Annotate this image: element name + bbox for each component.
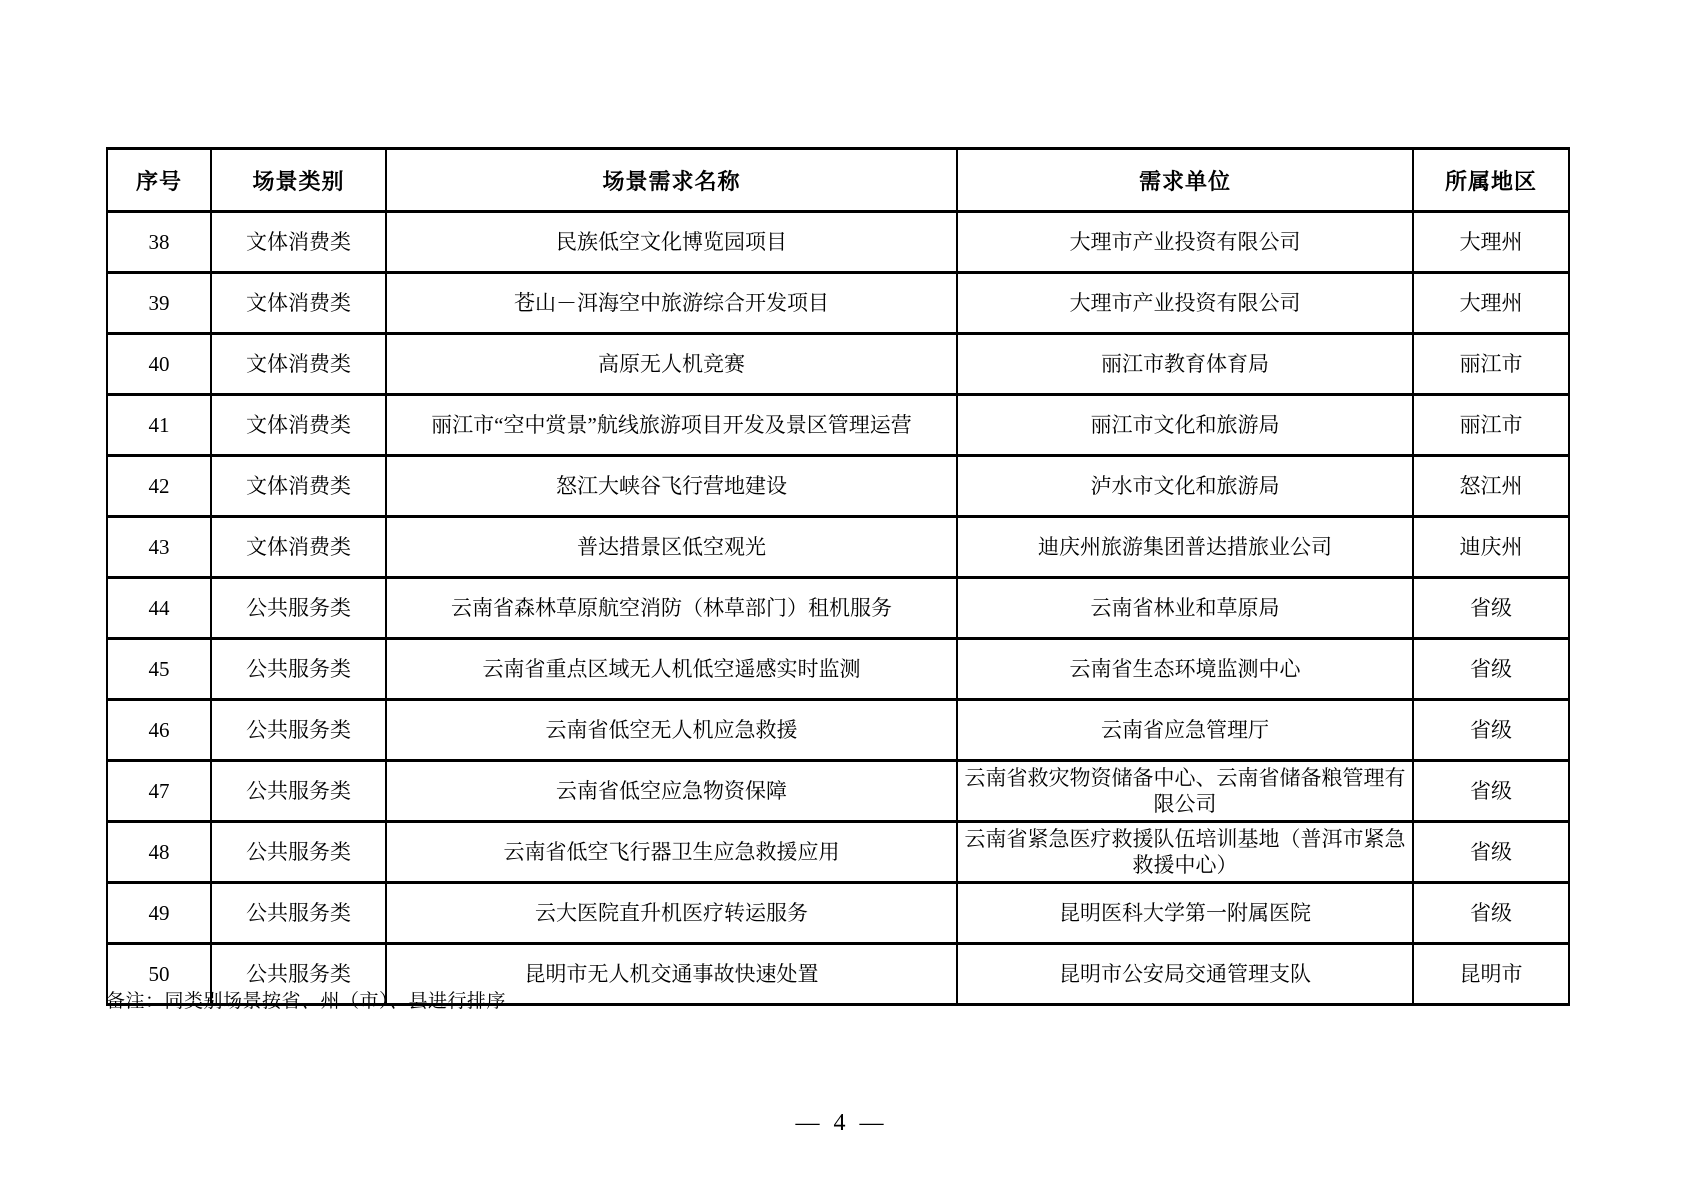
footnote: 备注：同类别场景按省、州（市）、县进行排序: [106, 986, 506, 1013]
page-number: — 4 —: [0, 1110, 1683, 1137]
table-row: 46公共服务类云南省低空无人机应急救援云南省应急管理厅省级: [107, 700, 1569, 761]
cell-category: 文体消费类: [211, 212, 386, 273]
table-row: 45公共服务类云南省重点区域无人机低空遥感实时监测云南省生态环境监测中心省级: [107, 639, 1569, 700]
cell-demand-unit: 大理市产业投资有限公司: [957, 273, 1413, 334]
table-row: 47公共服务类云南省低空应急物资保障云南省救灾物资储备中心、云南省储备粮管理有限…: [107, 761, 1569, 822]
cell-demand-unit: 昆明医科大学第一附属医院: [957, 883, 1413, 944]
cell-region: 省级: [1413, 639, 1569, 700]
cell-scene-name: 苍山－洱海空中旅游综合开发项目: [386, 273, 957, 334]
cell-demand-unit: 迪庆州旅游集团普达措旅业公司: [957, 517, 1413, 578]
cell-scene-name: 丽江市“空中赏景”航线旅游项目开发及景区管理运营: [386, 395, 957, 456]
cell-scene-name: 云南省低空应急物资保障: [386, 761, 957, 822]
cell-category: 文体消费类: [211, 273, 386, 334]
cell-region: 省级: [1413, 883, 1569, 944]
cell-demand-unit: 丽江市教育体育局: [957, 334, 1413, 395]
cell-seq: 42: [107, 456, 211, 517]
table-body: 38文体消费类民族低空文化博览园项目大理市产业投资有限公司大理州39文体消费类苍…: [107, 212, 1569, 1005]
cell-region: 丽江市: [1413, 334, 1569, 395]
table-header-row: 序号 场景类别 场景需求名称 需求单位 所属地区: [107, 149, 1569, 212]
cell-category: 公共服务类: [211, 822, 386, 883]
cell-scene-name: 云南省森林草原航空消防（林草部门）租机服务: [386, 578, 957, 639]
cell-region: 迪庆州: [1413, 517, 1569, 578]
cell-scene-name: 普达措景区低空观光: [386, 517, 957, 578]
table-row: 41文体消费类丽江市“空中赏景”航线旅游项目开发及景区管理运营丽江市文化和旅游局…: [107, 395, 1569, 456]
cell-seq: 47: [107, 761, 211, 822]
cell-category: 公共服务类: [211, 761, 386, 822]
table-row: 44公共服务类云南省森林草原航空消防（林草部门）租机服务云南省林业和草原局省级: [107, 578, 1569, 639]
table-row: 48公共服务类云南省低空飞行器卫生应急救援应用云南省紧急医疗救援队伍培训基地（普…: [107, 822, 1569, 883]
cell-region: 省级: [1413, 761, 1569, 822]
cell-demand-unit: 云南省紧急医疗救援队伍培训基地（普洱市紧急救援中心）: [957, 822, 1413, 883]
cell-region: 怒江州: [1413, 456, 1569, 517]
cell-demand-unit: 泸水市文化和旅游局: [957, 456, 1413, 517]
cell-category: 公共服务类: [211, 578, 386, 639]
cell-scene-name: 云南省低空飞行器卫生应急救援应用: [386, 822, 957, 883]
cell-seq: 38: [107, 212, 211, 273]
cell-seq: 40: [107, 334, 211, 395]
cell-seq: 45: [107, 639, 211, 700]
cell-category: 文体消费类: [211, 517, 386, 578]
cell-scene-name: 云南省低空无人机应急救援: [386, 700, 957, 761]
cell-region: 丽江市: [1413, 395, 1569, 456]
header-demand-unit: 需求单位: [957, 149, 1413, 212]
cell-demand-unit: 昆明市公安局交通管理支队: [957, 944, 1413, 1005]
table-header: 序号 场景类别 场景需求名称 需求单位 所属地区: [107, 149, 1569, 212]
cell-demand-unit: 云南省应急管理厅: [957, 700, 1413, 761]
cell-category: 文体消费类: [211, 334, 386, 395]
cell-demand-unit: 丽江市文化和旅游局: [957, 395, 1413, 456]
cell-seq: 46: [107, 700, 211, 761]
header-category: 场景类别: [211, 149, 386, 212]
header-seq: 序号: [107, 149, 211, 212]
table-row: 42文体消费类怒江大峡谷飞行营地建设泸水市文化和旅游局怒江州: [107, 456, 1569, 517]
cell-region: 大理州: [1413, 273, 1569, 334]
cell-category: 文体消费类: [211, 456, 386, 517]
header-scene-name: 场景需求名称: [386, 149, 957, 212]
cell-region: 省级: [1413, 700, 1569, 761]
table-row: 38文体消费类民族低空文化博览园项目大理市产业投资有限公司大理州: [107, 212, 1569, 273]
cell-scene-name: 云南省重点区域无人机低空遥感实时监测: [386, 639, 957, 700]
cell-demand-unit: 云南省救灾物资储备中心、云南省储备粮管理有限公司: [957, 761, 1413, 822]
cell-seq: 44: [107, 578, 211, 639]
cell-seq: 49: [107, 883, 211, 944]
cell-seq: 43: [107, 517, 211, 578]
cell-region: 省级: [1413, 822, 1569, 883]
cell-region: 大理州: [1413, 212, 1569, 273]
table-row: 40文体消费类高原无人机竞赛丽江市教育体育局丽江市: [107, 334, 1569, 395]
cell-scene-name: 云大医院直升机医疗转运服务: [386, 883, 957, 944]
header-region: 所属地区: [1413, 149, 1569, 212]
scene-demand-table: 序号 场景类别 场景需求名称 需求单位 所属地区 38文体消费类民族低空文化博览…: [106, 147, 1570, 1006]
cell-category: 文体消费类: [211, 395, 386, 456]
cell-seq: 39: [107, 273, 211, 334]
cell-scene-name: 民族低空文化博览园项目: [386, 212, 957, 273]
cell-scene-name: 高原无人机竞赛: [386, 334, 957, 395]
cell-demand-unit: 大理市产业投资有限公司: [957, 212, 1413, 273]
cell-seq: 41: [107, 395, 211, 456]
cell-seq: 48: [107, 822, 211, 883]
cell-region: 省级: [1413, 578, 1569, 639]
cell-scene-name: 怒江大峡谷飞行营地建设: [386, 456, 957, 517]
cell-category: 公共服务类: [211, 700, 386, 761]
cell-demand-unit: 云南省生态环境监测中心: [957, 639, 1413, 700]
cell-category: 公共服务类: [211, 883, 386, 944]
table-row: 43文体消费类普达措景区低空观光迪庆州旅游集团普达措旅业公司迪庆州: [107, 517, 1569, 578]
table-row: 49公共服务类云大医院直升机医疗转运服务昆明医科大学第一附属医院省级: [107, 883, 1569, 944]
table-row: 39文体消费类苍山－洱海空中旅游综合开发项目大理市产业投资有限公司大理州: [107, 273, 1569, 334]
cell-demand-unit: 云南省林业和草原局: [957, 578, 1413, 639]
cell-category: 公共服务类: [211, 639, 386, 700]
cell-region: 昆明市: [1413, 944, 1569, 1005]
document-page: 序号 场景类别 场景需求名称 需求单位 所属地区 38文体消费类民族低空文化博览…: [0, 0, 1683, 1190]
